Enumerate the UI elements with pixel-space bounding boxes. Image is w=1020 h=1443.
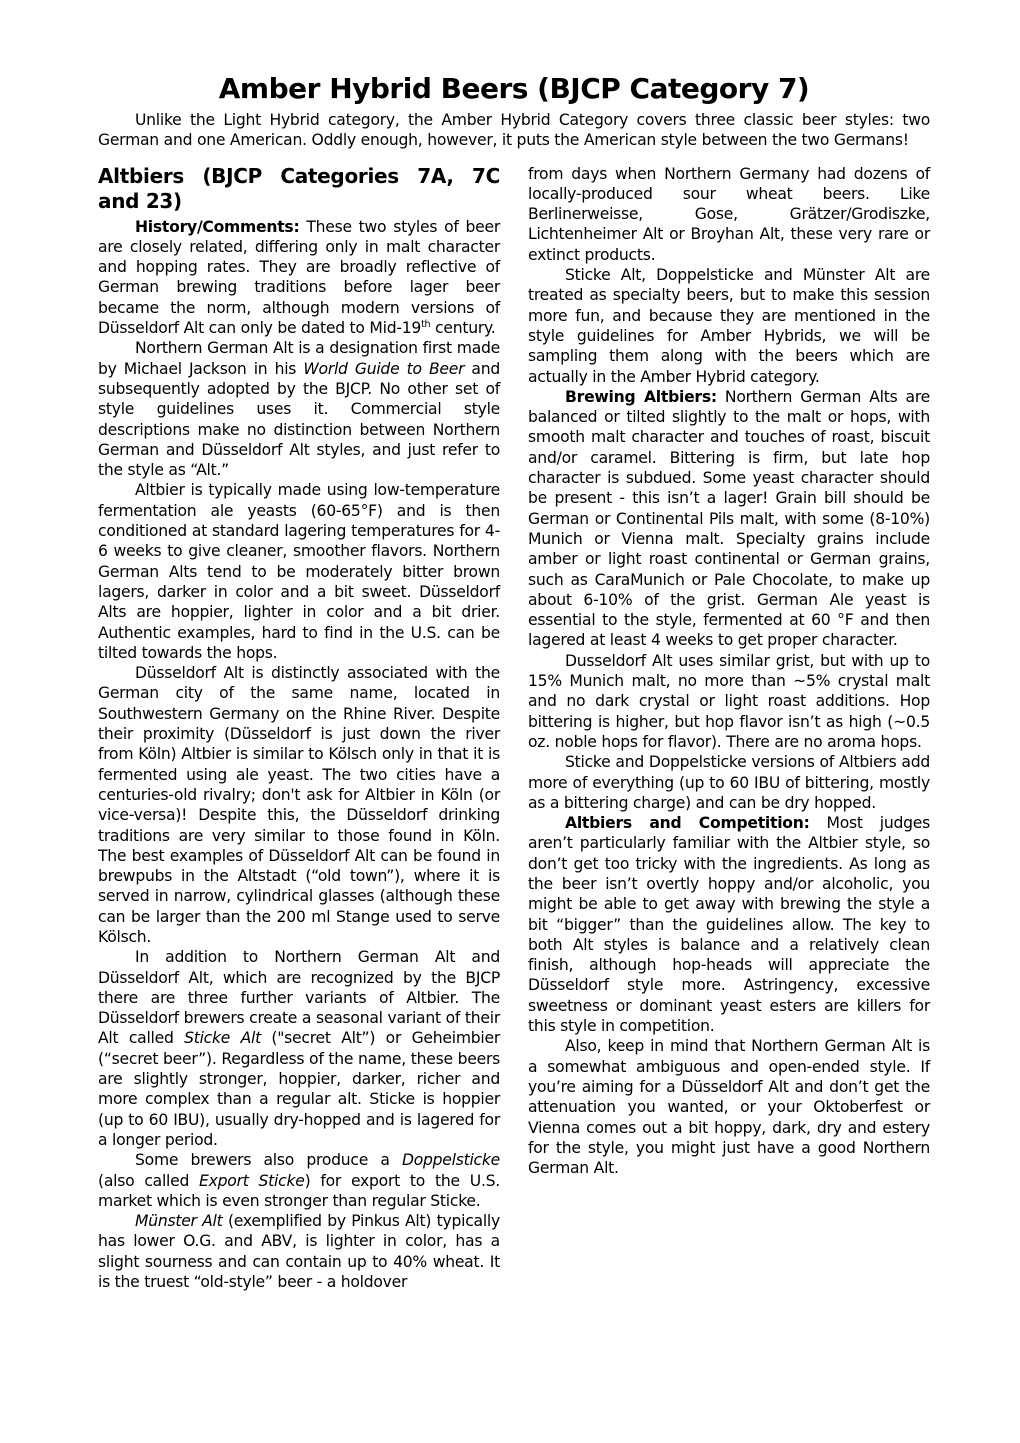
normal-text-run: century.	[430, 319, 495, 337]
paragraph: Düsseldorf Alt is distinctly associated …	[98, 663, 500, 947]
bold-text-run: Altbiers and Competition:	[565, 814, 810, 832]
normal-text-run: Also, keep in mind that Northern German …	[528, 1037, 930, 1177]
normal-text-run: Sticke Alt, Doppelsticke and Münster Alt…	[528, 266, 930, 385]
right-column: from days when Northern Germany had doze…	[528, 164, 930, 1293]
normal-text-run: from days when Northern Germany had doze…	[528, 165, 930, 264]
italic-text-run: World Guide to Beer	[303, 360, 464, 378]
italic-text-run: Sticke Alt	[184, 1029, 261, 1047]
document-page: Amber Hybrid Beers (BJCP Category 7) Unl…	[0, 0, 1020, 1443]
intro-section: Unlike the Light Hybrid category, the Am…	[98, 110, 930, 151]
paragraph: Some brewers also produce a Doppelsticke…	[98, 1150, 500, 1211]
normal-text-run: Altbier is typically made using low-temp…	[98, 481, 500, 661]
paragraph: Sticke and Doppelsticke versions of Altb…	[528, 752, 930, 813]
paragraph: Altbier is typically made using low-temp…	[98, 480, 500, 663]
paragraph: Also, keep in mind that Northern German …	[528, 1036, 930, 1178]
paragraph: In addition to Northern German Alt and D…	[98, 947, 500, 1150]
paragraph: from days when Northern Germany had doze…	[528, 164, 930, 265]
italic-text-run: Münster Alt	[135, 1212, 223, 1230]
paragraph: Northern German Alt is a designation fir…	[98, 338, 500, 480]
paragraph: Brewing Altbiers: Northern German Alts a…	[528, 387, 930, 651]
left-column: Altbiers (BJCP Categories 7A, 7C and 23)…	[98, 164, 500, 1293]
paragraph: Münster Alt (exemplified by Pinkus Alt) …	[98, 1211, 500, 1292]
paragraph: Sticke Alt, Doppelsticke and Münster Alt…	[528, 265, 930, 387]
normal-text-run: Dusseldorf Alt uses similar grist, but w…	[528, 652, 930, 751]
normal-text-run: Unlike the Light Hybrid category, the Am…	[98, 111, 930, 149]
italic-text-run: Doppelsticke	[402, 1151, 500, 1169]
two-column-layout: Altbiers (BJCP Categories 7A, 7C and 23)…	[98, 164, 930, 1293]
italic-text-run: Export Sticke	[199, 1172, 305, 1190]
paragraph: History/Comments: These two styles of be…	[98, 217, 500, 339]
paragraph: Unlike the Light Hybrid category, the Am…	[98, 110, 930, 151]
left-column-paragraphs: History/Comments: These two styles of be…	[98, 217, 500, 1293]
bold-text-run: Brewing Altbiers:	[565, 388, 717, 406]
normal-text-run: Northern German Alts are balanced or til…	[528, 388, 930, 650]
section-heading-altbiers: Altbiers (BJCP Categories 7A, 7C and 23)	[98, 164, 500, 214]
normal-text-run: (also called	[98, 1172, 199, 1190]
normal-text-run: Most judges aren’t particularly familiar…	[528, 814, 930, 1035]
document-title: Amber Hybrid Beers (BJCP Category 7)	[98, 72, 930, 106]
paragraph: Dusseldorf Alt uses similar grist, but w…	[528, 651, 930, 752]
normal-text-run: Some brewers also produce a	[135, 1151, 402, 1169]
right-column-paragraphs: from days when Northern Germany had doze…	[528, 164, 930, 1179]
paragraph: Altbiers and Competition: Most judges ar…	[528, 813, 930, 1036]
normal-text-run: Sticke and Doppelsticke versions of Altb…	[528, 753, 930, 812]
sup-text-run: th	[421, 319, 430, 330]
bold-text-run: History/Comments:	[135, 218, 299, 236]
normal-text-run: Düsseldorf Alt is distinctly associated …	[98, 664, 500, 946]
